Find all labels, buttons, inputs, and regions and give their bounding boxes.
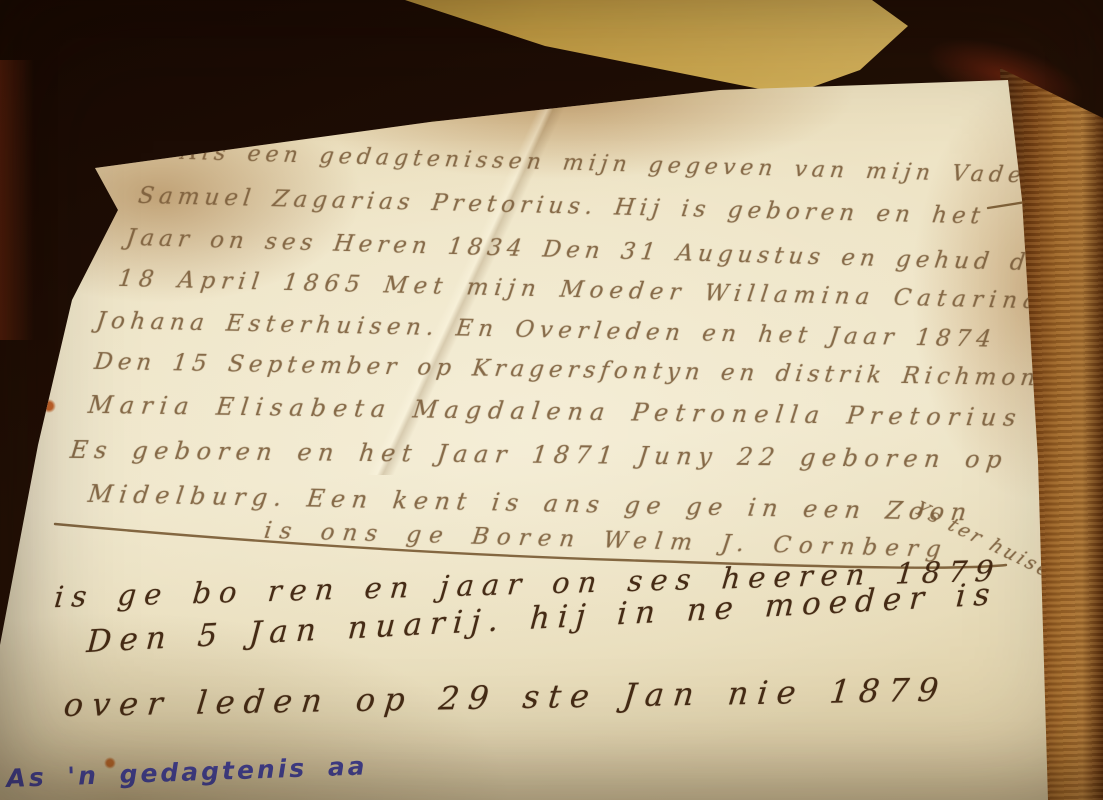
cover-edge-left [0, 60, 34, 340]
ink-dash-left [4, 449, 34, 453]
photo-old-family-register: Als een gedagtenissen mijn gegeven van m… [0, 0, 1103, 800]
ink-dash-right [988, 202, 1026, 208]
manuscript-page: Als een gedagtenissen mijn gegeven van m… [0, 0, 1103, 800]
